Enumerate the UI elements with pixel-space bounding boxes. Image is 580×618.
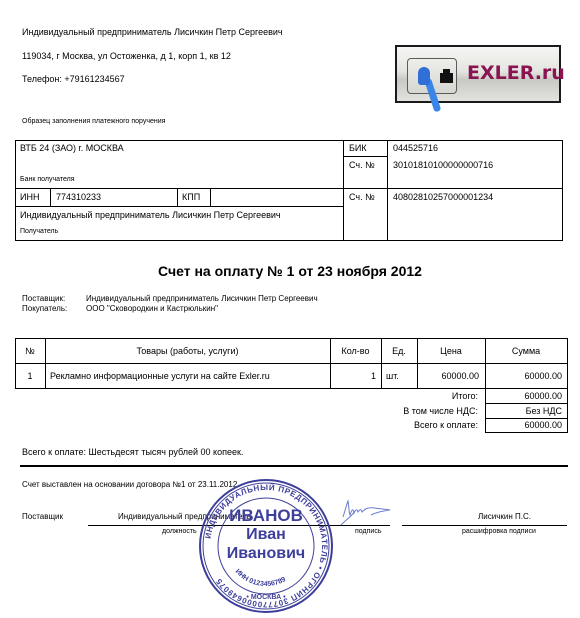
position-caption: должность	[162, 528, 197, 535]
corr-account-label: Сч. №	[349, 160, 375, 170]
vat-label: В том числе НДС:	[300, 406, 478, 416]
inn-label: ИНН	[20, 192, 39, 202]
svg-text:ИНН 0123456789: ИНН 0123456789	[234, 568, 287, 588]
name-caption: расшифровка подписи	[462, 528, 536, 535]
row-sum: 60000.00	[485, 371, 562, 381]
col-header-unit: Ед.	[381, 346, 417, 356]
company-stamp: ИНДИВИДУАЛЬНЫЙ ПРЕДПРИНИМАТЕЛЬ • ОГРНИП …	[197, 478, 335, 614]
signer-name: Лисичкин П.С.	[478, 512, 531, 521]
subtotal-label: Итого:	[300, 391, 478, 401]
col-header-price: Цена	[417, 346, 485, 356]
payment-sample-caption: Образец заполнения платежного поручения	[22, 118, 165, 125]
account-value: 40802810257000001234	[393, 192, 493, 202]
subtotal-value: 60000.00	[485, 391, 562, 401]
ethernet-plug-icon	[407, 58, 457, 94]
exler-logo: EXLER.ru	[395, 45, 561, 103]
handwritten-signature	[335, 497, 415, 527]
signature-caption: подпись	[355, 528, 381, 535]
col-header-goods: Товары (работы, услуги)	[45, 346, 330, 356]
stamp-inn-text: ИНН 0123456789	[234, 568, 287, 588]
stamp-first-name: Иван	[197, 526, 335, 544]
invoice-title: Счет на оплату № 1 от 23 ноября 2012	[0, 263, 580, 279]
grand-total-value: 60000.00	[485, 420, 562, 430]
seller-address: 119034, г Москва, ул Остоженка, д 1, кор…	[22, 51, 231, 61]
name-line	[402, 525, 567, 526]
recipient-name: Индивидуальный предприниматель Лисичкин …	[20, 210, 281, 220]
recipient-label: Получатель	[20, 228, 58, 235]
buyer-value: ООО "Сковородкин и Кастрюлькин"	[86, 304, 218, 313]
total-in-words: Всего к оплате: Шестьдесят тысяч рублей …	[22, 447, 243, 457]
account-label: Сч. №	[349, 192, 375, 202]
logo-text: EXLER.ru	[467, 62, 565, 84]
buyer-label: Покупатель:	[22, 304, 67, 313]
corr-account-value: 30101810100000000716	[393, 160, 493, 170]
col-header-sum: Сумма	[485, 346, 567, 356]
stamp-city: • МОСКВА •	[197, 594, 335, 601]
col-header-num: №	[15, 346, 45, 356]
row-qty: 1	[330, 371, 376, 381]
kpp-label: КПП	[182, 192, 200, 202]
stamp-patronymic: Иванович	[197, 545, 335, 563]
seller-phone: Телефон: +79161234567	[22, 74, 125, 84]
grand-total-label: Всего к оплате:	[300, 420, 478, 430]
section-divider	[20, 465, 568, 467]
row-unit: шт.	[386, 371, 399, 381]
row-name: Рекламно информационные услуги на сайте …	[50, 371, 270, 381]
vat-value: Без НДС	[485, 406, 562, 416]
seller-name: Индивидуальный предприниматель Лисичкин …	[22, 27, 283, 37]
inn-value: 774310233	[56, 192, 101, 202]
stamp-surname: ИВАНОВ	[197, 506, 335, 526]
bik-label: БИК	[349, 143, 367, 153]
signature-role-label: Поставщик	[22, 512, 63, 521]
bank-label: Банк получателя	[20, 176, 75, 183]
supplier-value: Индивидуальный предприниматель Лисичкин …	[86, 294, 318, 303]
row-price: 60000.00	[417, 371, 479, 381]
col-header-qty: Кол-во	[330, 346, 381, 356]
bik-value: 044525716	[393, 143, 438, 153]
row-num: 1	[15, 371, 45, 381]
supplier-label: Поставщик:	[22, 294, 65, 303]
bank-name: ВТБ 24 (ЗАО) г. МОСКВА	[20, 143, 124, 153]
